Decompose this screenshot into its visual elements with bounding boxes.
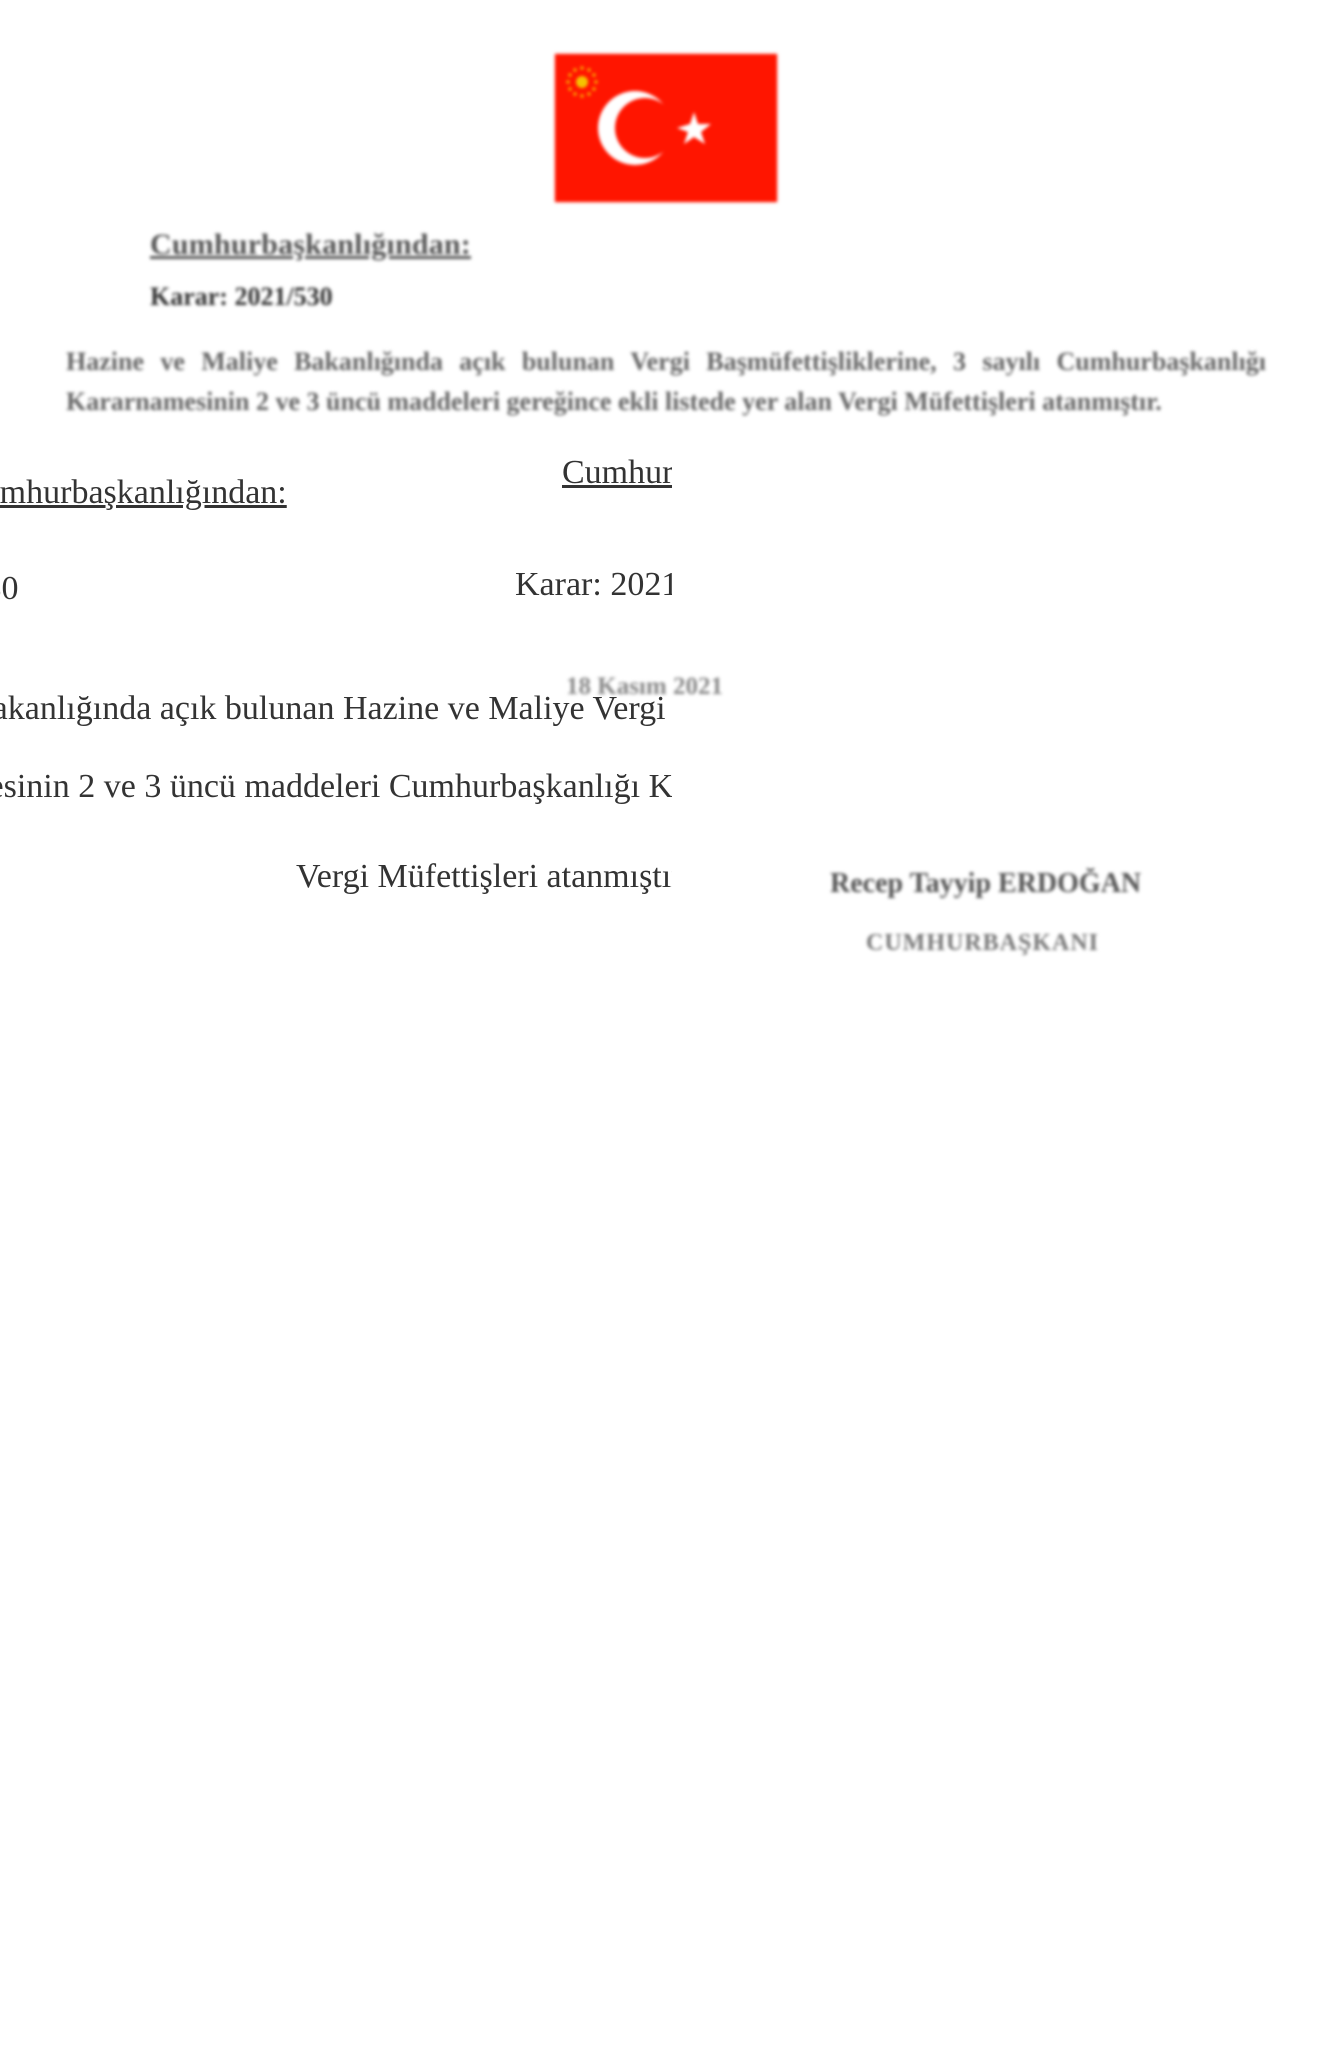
decision-body: Hazine ve Maliye Bakanlığında açık bulun… (66, 342, 1266, 422)
signatory-title: CUMHURBAŞKANI (866, 930, 1099, 957)
ghost-overlay: Cumhurbaşkanlığından: Cumhurbaşkanlığınd… (0, 450, 672, 910)
signatory-name: Recep Tayyip ERDOĞAN (830, 868, 1141, 900)
turkish-flag-emblem (555, 54, 777, 202)
ghost-line: Vergi Müfettişleri atanmıştır. (296, 858, 672, 896)
ghost-line: Bakanlığında açık bulunan Hazine ve Mali… (0, 690, 672, 728)
ghost-title-right: Cumhurbaşkanlığından: (562, 454, 672, 492)
flag-crescent-star-icon (555, 54, 777, 202)
ghost-decision: 2021/530 (0, 570, 18, 608)
ghost-decision-right: Karar: 2021/530 (515, 566, 672, 604)
ghost-title: Cumhurbaşkanlığından: (0, 474, 287, 512)
decision-number: Karar: 2021/530 (150, 282, 333, 312)
issuer-heading: Cumhurbaşkanlığından: (150, 228, 471, 262)
ghost-line: namesinin 2 ve 3 üncü maddeleri Cumhurba… (0, 768, 672, 806)
